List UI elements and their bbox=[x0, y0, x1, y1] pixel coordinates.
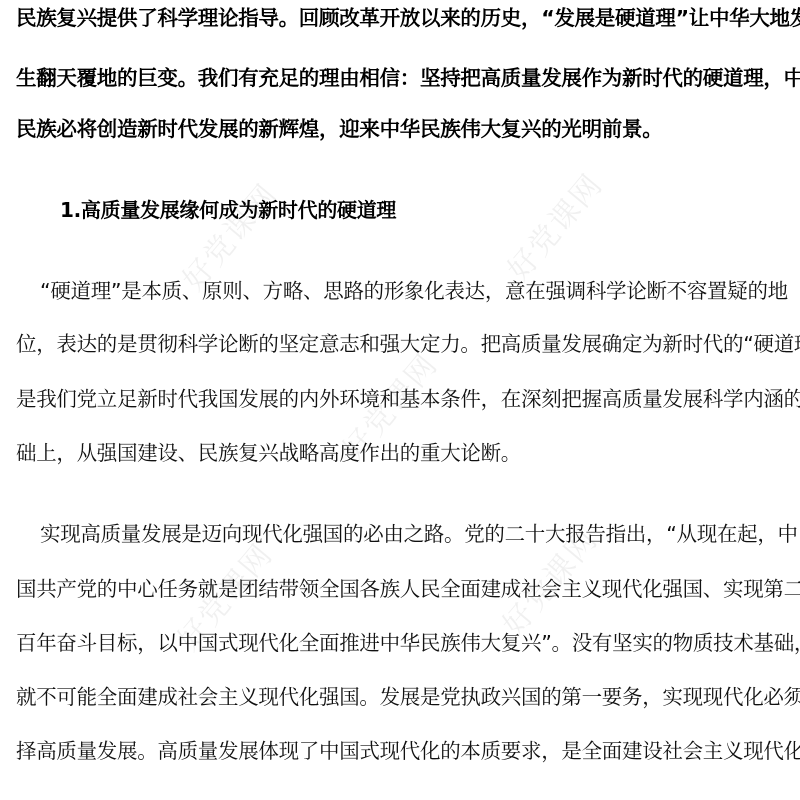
section-heading: 1.高质量发展缘何成为新时代的硬道理 bbox=[60, 196, 800, 224]
text-line: 础上，从强国建设、民族复兴战略高度作出的重大论断。 bbox=[16, 439, 786, 467]
text-line: 民族复兴提供了科学理论指导。回顾改革开放以来的历史，“发展是硬道理”让中华大地发 bbox=[16, 4, 786, 32]
text-line: 择高质量发展。高质量发展体现了中国式现代化的本质要求，是全面建设社会主义现代化国 bbox=[16, 737, 786, 765]
text-line: 百年奋斗目标，以中国式现代化全面推进中华民族伟大复兴”。没有坚实的物质技术基础， bbox=[16, 629, 786, 657]
text-line: 国共产党的中心任务就是团结带领全国各族人民全面建成社会主义现代化强国、实现第二个 bbox=[16, 575, 786, 603]
text-line: 是我们党立足新时代我国发展的内外环境和基本条件，在深刻把握高质量发展科学内涵的基 bbox=[16, 385, 786, 413]
watermark: 好党课网 bbox=[495, 162, 611, 288]
text-line: 生翻天覆地的巨变。我们有充足的理由相信：坚持把高质量发展作为新时代的硬道理，中华 bbox=[16, 64, 786, 92]
text-line: 位，表达的是贯彻科学论断的坚定意志和强大定力。把高质量发展确定为新时代的“硬道理… bbox=[16, 330, 786, 358]
text-line: 民族必将创造新时代发展的新辉煌，迎来中华民族伟大复兴的光明前景。 bbox=[16, 115, 786, 143]
document-page: 好党课网 好党课网 好党课网 好党课网 好党课网 民族复兴提供了科学理论指导。回… bbox=[0, 0, 800, 800]
text-line: “硬道理”是本质、原则、方略、思路的形象化表达，意在强调科学论断不容置疑的地 bbox=[40, 277, 800, 305]
text-line: 就不可能全面建成社会主义现代化强国。发展是党执政兴国的第一要务，实现现代化必须选 bbox=[16, 683, 786, 711]
text-line: 实现高质量发展是迈向现代化强国的必由之路。党的二十大报告指出，“从现在起，中 bbox=[40, 520, 800, 548]
